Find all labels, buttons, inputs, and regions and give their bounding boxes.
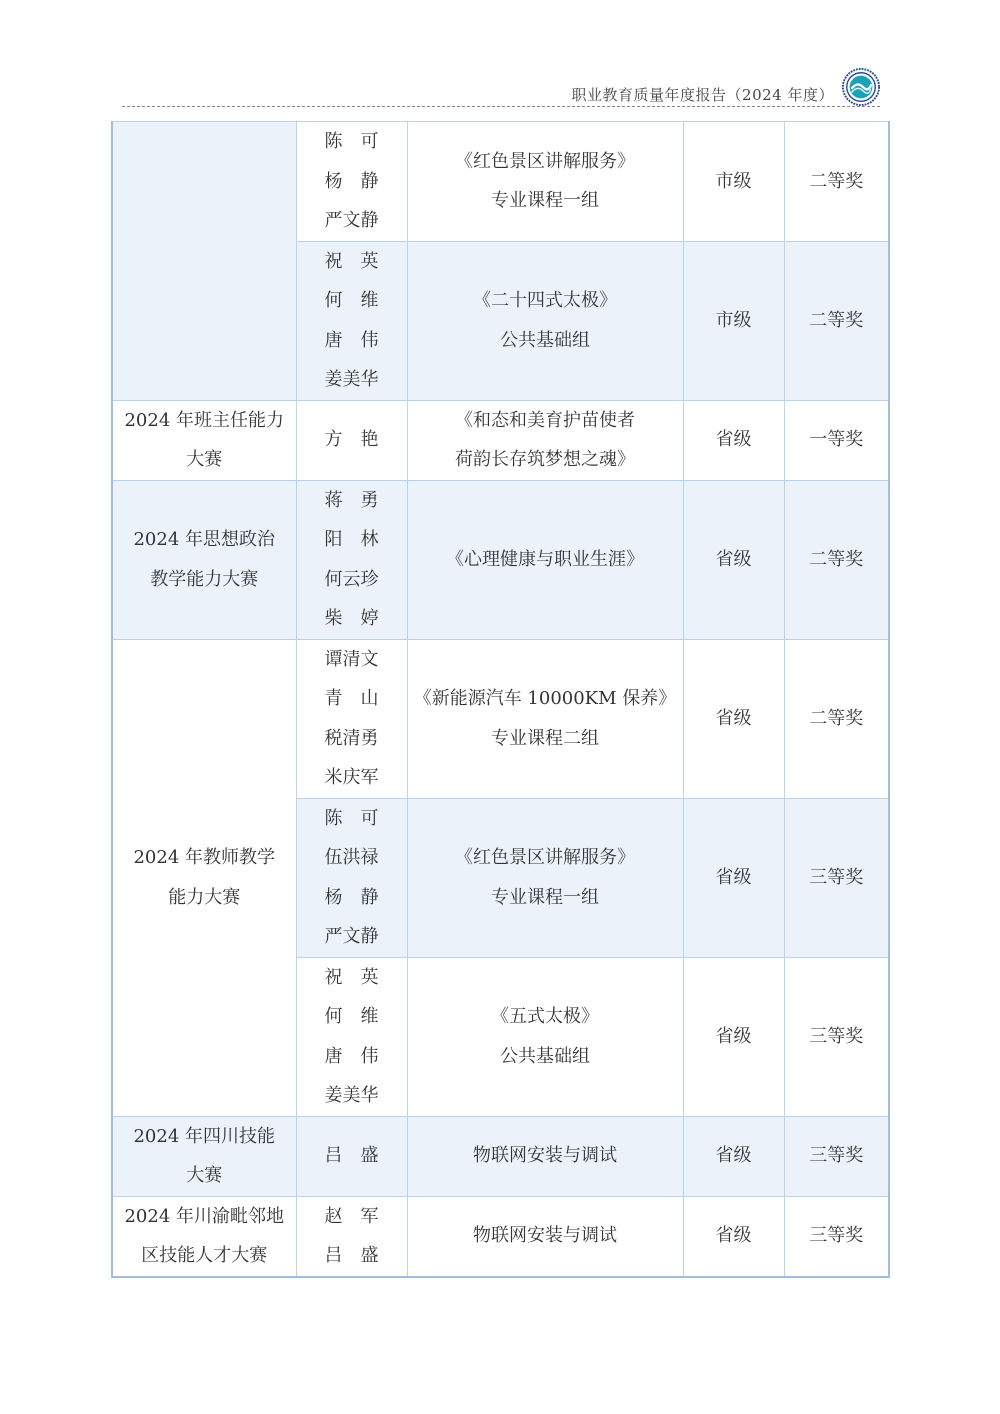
work-cell: 物联网安装与调试 bbox=[407, 1116, 683, 1196]
member-name: 阳 林 bbox=[297, 520, 407, 560]
table-row: 2024 年思想政治 教学能力大赛 蒋 勇 阳 林 何云珍 柴 婷 《心理健康与… bbox=[112, 480, 889, 639]
work-cell: 《心理健康与职业生涯》 bbox=[407, 480, 683, 639]
competition-cell bbox=[112, 122, 296, 401]
level-cell: 市级 bbox=[683, 241, 784, 400]
member-name: 何 维 bbox=[297, 281, 407, 321]
member-name: 赵 军 bbox=[297, 1197, 407, 1237]
work-title: 《新能源汽车 10000KM 保养》 bbox=[408, 679, 683, 719]
members-cell: 方 艳 bbox=[296, 400, 407, 480]
award-cell: 三等奖 bbox=[784, 1196, 889, 1277]
level-cell: 省级 bbox=[683, 1196, 784, 1277]
work-title: 《红色景区讲解服务》 bbox=[408, 142, 683, 182]
work-group: 专业课程一组 bbox=[408, 878, 683, 918]
level-cell: 省级 bbox=[683, 798, 784, 957]
member-name: 米庆军 bbox=[297, 758, 407, 798]
level-cell: 省级 bbox=[683, 957, 784, 1116]
member-name: 严文静 bbox=[297, 917, 407, 957]
competition-name: 教学能力大赛 bbox=[113, 560, 296, 600]
award-cell: 二等奖 bbox=[784, 241, 889, 400]
members-cell: 吕 盛 bbox=[296, 1116, 407, 1196]
member-name: 伍洪禄 bbox=[297, 838, 407, 878]
member-name: 姜美华 bbox=[297, 360, 407, 400]
competition-name: 2024 年四川技能 bbox=[113, 1117, 296, 1157]
work-cell: 《二十四式太极》 公共基础组 bbox=[407, 241, 683, 400]
member-name: 谭清文 bbox=[297, 640, 407, 680]
competition-cell: 2024 年川渝毗邻地 区技能人才大赛 bbox=[112, 1196, 296, 1277]
award-cell: 一等奖 bbox=[784, 400, 889, 480]
member-name: 唐 伟 bbox=[297, 321, 407, 361]
work-title: 荷韵长存筑梦想之魂》 bbox=[408, 440, 683, 480]
competition-name: 2024 年教师教学 bbox=[113, 838, 296, 878]
work-cell: 《红色景区讲解服务》 专业课程一组 bbox=[407, 798, 683, 957]
members-cell: 赵 军 吕 盛 bbox=[296, 1196, 407, 1277]
award-cell: 二等奖 bbox=[784, 480, 889, 639]
competition-name: 区技能人才大赛 bbox=[113, 1236, 296, 1276]
work-cell: 《新能源汽车 10000KM 保养》 专业课程二组 bbox=[407, 639, 683, 798]
competition-cell: 2024 年教师教学 能力大赛 bbox=[112, 639, 296, 1116]
member-name: 唐 伟 bbox=[297, 1037, 407, 1077]
member-name: 祝 英 bbox=[297, 242, 407, 282]
competition-name: 2024 年川渝毗邻地 bbox=[113, 1197, 296, 1237]
work-title: 《五式太极》 bbox=[408, 997, 683, 1037]
members-cell: 谭清文 青 山 税清勇 米庆军 bbox=[296, 639, 407, 798]
members-cell: 陈 可 杨 静 严文静 bbox=[296, 122, 407, 242]
award-cell: 三等奖 bbox=[784, 798, 889, 957]
member-name: 杨 静 bbox=[297, 878, 407, 918]
level-cell: 省级 bbox=[683, 1116, 784, 1196]
level-cell: 市级 bbox=[683, 122, 784, 242]
work-title: 《红色景区讲解服务》 bbox=[408, 838, 683, 878]
member-name: 何 维 bbox=[297, 997, 407, 1037]
table-row: 陈 可 杨 静 严文静 《红色景区讲解服务》 专业课程一组 市级 二等奖 bbox=[112, 122, 889, 242]
member-name: 蒋 勇 bbox=[297, 481, 407, 521]
work-title: 物联网安装与调试 bbox=[408, 1136, 683, 1176]
work-title: 《和态和美育护苗使者 bbox=[408, 401, 683, 441]
members-cell: 蒋 勇 阳 林 何云珍 柴 婷 bbox=[296, 480, 407, 639]
member-name: 杨 静 bbox=[297, 162, 407, 202]
work-title: 物联网安装与调试 bbox=[408, 1216, 683, 1256]
work-cell: 《五式太极》 公共基础组 bbox=[407, 957, 683, 1116]
competition-name: 大赛 bbox=[113, 1156, 296, 1196]
members-cell: 陈 可 伍洪禄 杨 静 严文静 bbox=[296, 798, 407, 957]
award-cell: 三等奖 bbox=[784, 957, 889, 1116]
level-cell: 省级 bbox=[683, 400, 784, 480]
work-cell: 《红色景区讲解服务》 专业课程一组 bbox=[407, 122, 683, 242]
awards-table: 陈 可 杨 静 严文静 《红色景区讲解服务》 专业课程一组 市级 二等奖 祝 英… bbox=[111, 121, 890, 1278]
work-cell: 物联网安装与调试 bbox=[407, 1196, 683, 1277]
member-name: 祝 英 bbox=[297, 958, 407, 998]
competition-name: 2024 年思想政治 bbox=[113, 520, 296, 560]
member-name: 何云珍 bbox=[297, 560, 407, 600]
member-name: 方 艳 bbox=[297, 420, 407, 460]
members-cell: 祝 英 何 维 唐 伟 姜美华 bbox=[296, 241, 407, 400]
award-cell: 二等奖 bbox=[784, 639, 889, 798]
member-name: 严文静 bbox=[297, 201, 407, 241]
level-cell: 省级 bbox=[683, 480, 784, 639]
member-name: 柴 婷 bbox=[297, 599, 407, 639]
competition-name: 大赛 bbox=[113, 440, 296, 480]
member-name: 税清勇 bbox=[297, 719, 407, 759]
report-title: 职业教育质量年度报告（2024 年度） bbox=[572, 84, 834, 105]
member-name: 姜美华 bbox=[297, 1076, 407, 1116]
competition-cell: 2024 年班主任能力 大赛 bbox=[112, 400, 296, 480]
work-group: 公共基础组 bbox=[408, 321, 683, 361]
competition-cell: 2024 年思想政治 教学能力大赛 bbox=[112, 480, 296, 639]
member-name: 吕 盛 bbox=[297, 1136, 407, 1176]
work-group: 专业课程二组 bbox=[408, 719, 683, 759]
member-name: 青 山 bbox=[297, 679, 407, 719]
competition-cell: 2024 年四川技能 大赛 bbox=[112, 1116, 296, 1196]
table-row: 2024 年教师教学 能力大赛 谭清文 青 山 税清勇 米庆军 《新能源汽车 1… bbox=[112, 639, 889, 798]
work-title: 《二十四式太极》 bbox=[408, 281, 683, 321]
level-cell: 省级 bbox=[683, 639, 784, 798]
table-row: 2024 年班主任能力 大赛 方 艳 《和态和美育护苗使者 荷韵长存筑梦想之魂》… bbox=[112, 400, 889, 480]
competition-name: 2024 年班主任能力 bbox=[113, 401, 296, 441]
work-group: 公共基础组 bbox=[408, 1037, 683, 1077]
page-header: 职业教育质量年度报告（2024 年度） bbox=[122, 62, 880, 107]
work-cell: 《和态和美育护苗使者 荷韵长存筑梦想之魂》 bbox=[407, 400, 683, 480]
table-row: 2024 年川渝毗邻地 区技能人才大赛 赵 军 吕 盛 物联网安装与调试 省级 … bbox=[112, 1196, 889, 1277]
school-emblem-icon bbox=[842, 68, 880, 106]
work-title: 《心理健康与职业生涯》 bbox=[408, 540, 683, 580]
member-name: 陈 可 bbox=[297, 799, 407, 839]
competition-name: 能力大赛 bbox=[113, 878, 296, 918]
table-row: 2024 年四川技能 大赛 吕 盛 物联网安装与调试 省级 三等奖 bbox=[112, 1116, 889, 1196]
work-group: 专业课程一组 bbox=[408, 181, 683, 221]
member-name: 吕 盛 bbox=[297, 1236, 407, 1276]
award-cell: 三等奖 bbox=[784, 1116, 889, 1196]
members-cell: 祝 英 何 维 唐 伟 姜美华 bbox=[296, 957, 407, 1116]
award-cell: 二等奖 bbox=[784, 122, 889, 242]
member-name: 陈 可 bbox=[297, 122, 407, 162]
